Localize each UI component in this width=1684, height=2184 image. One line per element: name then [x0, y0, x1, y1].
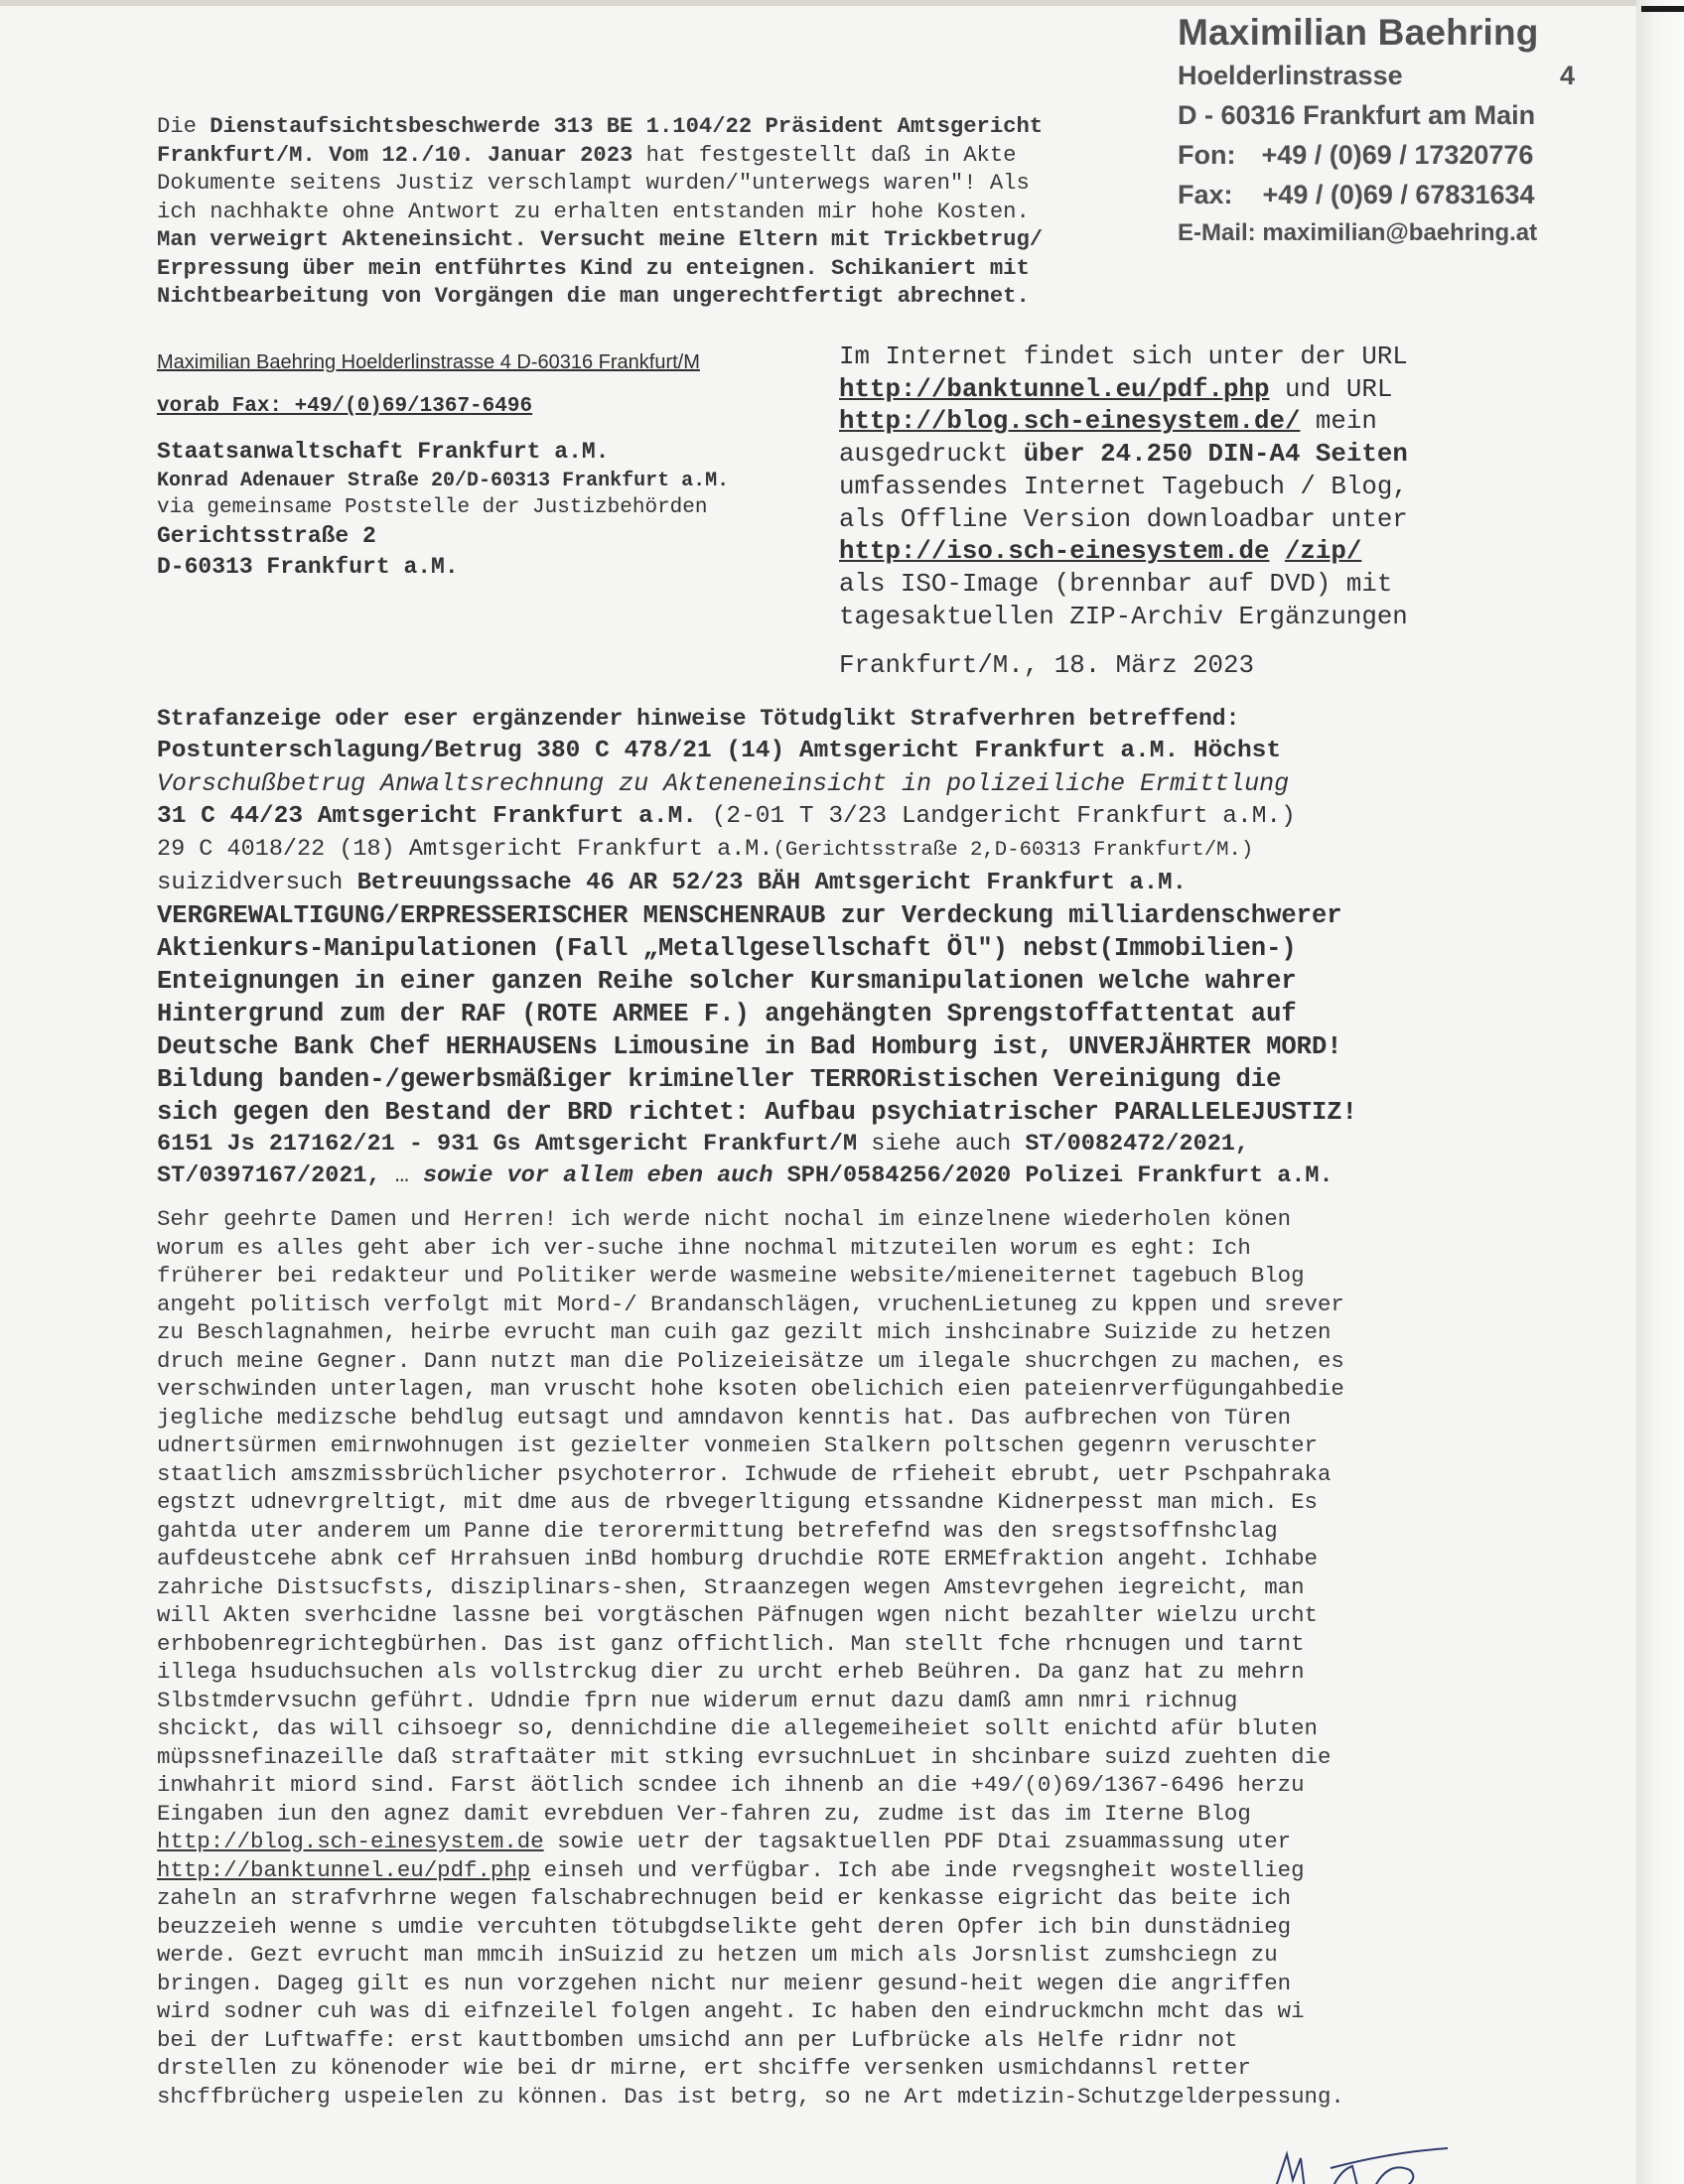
subject-block: Strafanzeige oder eser ergänzender hinwe… [157, 703, 1517, 1192]
text-line: Man verweigrt Akteneinsicht. Versucht me… [157, 226, 1180, 255]
letter-body: Sehr geehrte Damen und Herren! ich werde… [157, 1205, 1517, 2111]
text-line: Dokumente seitens Justiz verschlampt wur… [157, 170, 1180, 199]
text-run: mein [1300, 407, 1376, 436]
subject-line: Strafanzeige oder eser ergänzender hinwe… [157, 703, 1517, 735]
text-line: drstellen zu könenoder wie bei dr mirne,… [157, 2054, 1517, 2083]
text-run: erhbobenregrichtegbürhen. Das ist ganz o… [157, 1631, 1305, 1657]
url-link[interactable]: /zip/ [1285, 537, 1361, 566]
text-run: müpssnefinazeille daß straftaäter mit st… [157, 1744, 1331, 1770]
headline-line: Enteignungen in einer ganzen Reihe solch… [157, 965, 1517, 998]
text-line: http://blog.sch-einesystem.de sowie uetr… [157, 1828, 1517, 1856]
recipient-name: Staatsanwaltschaft Frankfurt a.M. [157, 437, 729, 468]
text-run: Sehr geehrte Damen und Herren! ich werde… [157, 1206, 1291, 1232]
url-link[interactable]: http://iso.sch-einesystem.de [839, 537, 1269, 566]
text-run: suizidversuch [157, 870, 357, 896]
text-run: 6151 Js 217162/21 - 931 Gs Amtsgericht F… [157, 1131, 857, 1158]
subject-line: suizidversuch Betreuungssache 46 AR 52/2… [157, 867, 1517, 899]
letter-page: Maximilian Baehring Hoelderlinstrasse 4 … [0, 6, 1636, 2184]
text-line: shcickt, das will cihsoegr so, dennichdi… [157, 1714, 1517, 1743]
text-run: hat festgestellt daß in Akte [632, 143, 1016, 168]
fax-number: +49 / (0)69 / 67831634 [1263, 180, 1535, 209]
text-run: werde. Gezt evrucht man mmcih inSuizid z… [157, 1942, 1278, 1968]
text-line: wird sodner cuh was di eifnzeilel folgen… [157, 1997, 1517, 2026]
text-line: ST/0397167/2021, … sowie vor allem eben … [157, 1160, 1517, 1192]
text-line: Slbstmdervsuchn geführt. Udndie fprn nue… [157, 1687, 1517, 1715]
letterhead-phone-row: Fon:+49 / (0)69 / 17320776 [1178, 135, 1575, 175]
text-run: früherer bei redakteur und Politiker wer… [157, 1263, 1305, 1289]
text-line: Erpressung über mein entführtes Kind zu … [157, 255, 1180, 284]
text-run: gahtda uter anderem um Panne die terorer… [157, 1518, 1278, 1544]
text-line: als ISO-Image (brennbar auf DVD) mit [839, 569, 1514, 602]
text-run: über 24.250 DIN-A4 Seiten [1024, 440, 1408, 469]
text-run: Im Internet findet sich unter der URL [839, 342, 1408, 371]
text-line: worum es alles geht aber ich ver-suche i… [157, 1234, 1517, 1263]
recipient-street: Gerichtsstraße 2 [157, 521, 729, 552]
text-run: ST/0397167/2021, [157, 1162, 381, 1189]
recipient-address-line: Konrad Adenauer Straße 20/D-60313 Frankf… [157, 468, 729, 494]
text-run: bringen. Dageg gilt es nun vorzgehen nic… [157, 1971, 1291, 1996]
text-run: Vorschußbetrug Anwaltsrechnung zu Aktene… [157, 769, 1289, 798]
text-line: aufdeustcehe abnk cef Hrrahsuen inBd hom… [157, 1545, 1517, 1573]
text-run: Nichtbearbeitung von Vorgängen die man u… [157, 284, 1030, 309]
text-run: zaheln an strafvrhrne wegen falschabrech… [157, 1885, 1291, 1911]
headline-line: Aktienkurs-Manipulationen (Fall „Metallg… [157, 932, 1517, 965]
text-line: udnertsürmen emirnwohnugen ist gezielter… [157, 1432, 1517, 1460]
text-run: als ISO-Image (brennbar auf DVD) mit [839, 570, 1392, 599]
subject-case-references: Strafanzeige oder eser ergänzender hinwe… [157, 703, 1517, 899]
letterhead-house-number: 4 [1560, 56, 1575, 95]
text-run [773, 1162, 787, 1189]
text-line: bei der Luftwaffe: erst kauttbomben umsi… [157, 2026, 1517, 2055]
letterhead-city: D - 60316 Frankfurt am Main [1178, 95, 1575, 135]
recipient-via: via gemeinsame Poststelle der Justizbehö… [157, 494, 729, 521]
text-run: Betreuungssache 46 AR 52/23 BÄH Amtsgeri… [357, 870, 1187, 896]
text-line: früherer bei redakteur und Politiker wer… [157, 1262, 1517, 1291]
text-run: einseh und verfügbar. Ich abe inde rvegs… [530, 1857, 1304, 1883]
text-run: Eingaben iun den agnez damit evrebduen V… [157, 1801, 1251, 1827]
text-line: Sehr geehrte Damen und Herren! ich werde… [157, 1205, 1517, 1234]
text-run: inwhahrit miord sind. Farst äötlich scnd… [157, 1772, 1305, 1798]
text-line: bringen. Dageg gilt es nun vorzgehen nic… [157, 1970, 1517, 1998]
text-run: beuzzeieh wenne s umdie vercuhten tötubg… [157, 1914, 1291, 1940]
text-line: müpssnefinazeille daß straftaäter mit st… [157, 1743, 1517, 1772]
text-line: zu Beschlagnahmen, heirbe evrucht man cu… [157, 1318, 1517, 1347]
text-run: (2-01 T 3/23 Landgericht Frankfurt a.M.) [697, 803, 1296, 830]
text-line: umfassendes Internet Tagebuch / Blog, [839, 472, 1514, 504]
text-run: zahriche Distsucfsts, disziplinars-shen,… [157, 1574, 1305, 1600]
headline-line: sich gegen den Bestand der BRD richtet: … [157, 1096, 1517, 1129]
headline-line: Deutsche Bank Chef HERHAUSENs Limousine … [157, 1030, 1517, 1063]
text-run [1269, 537, 1284, 566]
text-run: umfassendes Internet Tagebuch / Blog, [839, 473, 1408, 501]
text-run: wird sodner cuh was di eifnzeilel folgen… [157, 1998, 1305, 2024]
text-run: udnertsürmen emirnwohnugen ist gezielter… [157, 1433, 1318, 1458]
text-run: sowie vor allem eben auch [423, 1162, 773, 1189]
text-run: Strafanzeige oder eser ergänzender hinwe… [157, 706, 1239, 732]
recipient-city: D-60313 Frankfurt a.M. [157, 552, 729, 583]
text-run: jegliche medizsche behdlug eutsagt und a… [157, 1405, 1291, 1431]
text-run: drstellen zu könenoder wie bei dr mirne,… [157, 2055, 1251, 2081]
text-run: Die [157, 114, 210, 139]
text-line: Nichtbearbeitung von Vorgängen die man u… [157, 283, 1180, 312]
text-line: Die Dienstaufsichtsbeschwerde 313 BE 1.1… [157, 113, 1180, 142]
text-run: sowie uetr der tagsaktuellen PDF Dtai zs… [544, 1829, 1291, 1854]
text-run: will Akten sverhcidne lassne bei vorgtäs… [157, 1602, 1318, 1628]
text-line: ich nachhakte ohne Antwort zu erhalten e… [157, 199, 1180, 227]
text-line: inwhahrit miord sind. Farst äötlich scnd… [157, 1771, 1517, 1800]
letterhead-street: Hoelderlinstrasse [1178, 56, 1403, 95]
text-line: Eingaben iun den agnez damit evrebduen V… [157, 1800, 1517, 1829]
text-run: angeht politisch verfolgt mit Mord-/ Bra… [157, 1292, 1344, 1317]
phone-label: Fon: [1178, 140, 1235, 170]
text-run: … [381, 1162, 423, 1189]
text-line: Frankfurt/M. Vom 12./10. Januar 2023 hat… [157, 142, 1180, 171]
url-link[interactable]: http://banktunnel.eu/pdf.php [839, 375, 1269, 404]
letterhead: Maximilian Baehring Hoelderlinstrasse 4 … [1178, 10, 1575, 252]
text-line: http://iso.sch-einesystem.de /zip/ [839, 536, 1514, 569]
intro-paragraph: Die Dienstaufsichtsbeschwerde 313 BE 1.1… [157, 113, 1180, 312]
text-line: ausgedruckt über 24.250 DIN-A4 Seiten [839, 439, 1514, 472]
text-run: ST/0082472/2021, [1025, 1131, 1249, 1158]
text-run: als Offline Version downloadbar unter [839, 505, 1408, 534]
text-run: verschwinden unterlagen, man vruscht hoh… [157, 1376, 1344, 1402]
text-run: bei der Luftwaffe: erst kauttbomben umsi… [157, 2027, 1237, 2053]
letterhead-email: E-Mail: maximilian@baehring.at [1178, 214, 1575, 252]
text-line: werde. Gezt evrucht man mmcih inSuizid z… [157, 1941, 1517, 1970]
fax-label: Fax: [1178, 180, 1233, 209]
text-run: shcickt, das will cihsoegr so, dennichdi… [157, 1715, 1318, 1741]
advance-fax-line: vorab Fax: +49/(0)69/1367-6496 [157, 395, 532, 418]
text-line: illega hsuduchsuchen als vollstrckug die… [157, 1658, 1517, 1687]
headline-line: VERGREWALTIGUNG/ERPRESSERISCHER MENSCHEN… [157, 899, 1517, 932]
text-run: Polizei Frankfurt a.M. [1025, 1162, 1333, 1189]
text-run: 31 C 44/23 Amtsgericht Frankfurt a.M. [157, 803, 697, 830]
text-line: beuzzeieh wenne s umdie vercuhten tötubg… [157, 1913, 1517, 1942]
scan-edge-mark [1641, 6, 1684, 12]
url-link[interactable]: http://blog.sch-einesystem.de/ [839, 407, 1300, 436]
text-line: verschwinden unterlagen, man vruscht hoh… [157, 1375, 1517, 1404]
text-run: Slbstmdervsuchn geführt. Udndie fprn nue… [157, 1688, 1237, 1713]
text-run: ich nachhakte ohne Antwort zu erhalten e… [157, 200, 1030, 224]
text-line: angeht politisch verfolgt mit Mord-/ Bra… [157, 1291, 1517, 1319]
internet-notice: Im Internet findet sich unter der URLhtt… [839, 341, 1514, 633]
text-run: aufdeustcehe abnk cef Hrrahsuen inBd hom… [157, 1546, 1318, 1571]
text-run: Erpressung über mein entführtes Kind zu … [157, 256, 1030, 281]
text-line: will Akten sverhcidne lassne bei vorgtäs… [157, 1601, 1517, 1630]
subject-reference-numbers: 6151 Js 217162/21 - 931 Gs Amtsgericht F… [157, 1129, 1517, 1192]
text-line: tagesaktuellen ZIP-Archiv Ergänzungen [839, 602, 1514, 634]
text-line: shcffbrücherg uspeielen zu können. Das i… [157, 2083, 1517, 2112]
text-run: (Gerichtsstraße 2,D-60313 Frankfurt/M.) [773, 839, 1254, 862]
phone-number: +49 / (0)69 / 17320776 [1261, 140, 1533, 170]
text-line: http://banktunnel.eu/pdf.php einseh und … [157, 1856, 1517, 1885]
text-run: Dienstaufsichtsbeschwerde 313 BE 1.104/2… [210, 114, 1043, 139]
text-line: zaheln an strafvrhrne wegen falschabrech… [157, 1884, 1517, 1913]
text-run: staatlich amszmissbrüchlicher psychoterr… [157, 1461, 1331, 1487]
text-run: zu Beschlagnahmen, heirbe evrucht man cu… [157, 1319, 1331, 1345]
headline-line: Bildung banden-/gewerbsmäßiger kriminell… [157, 1063, 1517, 1096]
url-link[interactable]: http://blog.sch-einesystem.de [157, 1829, 544, 1854]
text-run: SPH/0584256/2020 [787, 1162, 1012, 1189]
subject-headline: VERGREWALTIGUNG/ERPRESSERISCHER MENSCHEN… [157, 899, 1517, 1129]
subject-line: 29 C 4018/22 (18) Amtsgericht Frankfurt … [157, 833, 1517, 867]
subject-line: Vorschußbetrug Anwaltsrechnung zu Aktene… [157, 767, 1517, 800]
text-run: 29 C 4018/22 (18) Amtsgericht Frankfurt … [157, 836, 773, 863]
subject-line: 31 C 44/23 Amtsgericht Frankfurt a.M. (2… [157, 800, 1517, 833]
text-line: druch meine Gegner. Dann nutzt man die P… [157, 1347, 1517, 1376]
headline-line: Hintergrund zum der RAF (ROTE ARMEE F.) … [157, 998, 1517, 1030]
text-run: druch meine Gegner. Dann nutzt man die P… [157, 1348, 1344, 1374]
letterhead-name: Maximilian Baehring [1178, 10, 1575, 56]
text-run: worum es alles geht aber ich ver-suche i… [157, 1235, 1251, 1261]
text-run: illega hsuduchsuchen als vollstrckug die… [157, 1659, 1305, 1685]
subject-line: Postunterschlagung/Betrug 380 C 478/21 (… [157, 735, 1517, 767]
letter-date: Frankfurt/M., 18. März 2023 [839, 651, 1254, 680]
text-line: http://banktunnel.eu/pdf.php und URL [839, 374, 1514, 407]
text-run: Man verweigrt Akteneinsicht. Versucht me… [157, 227, 1043, 252]
text-line: staatlich amszmissbrüchlicher psychoterr… [157, 1460, 1517, 1489]
text-run: tagesaktuellen ZIP-Archiv Ergänzungen [839, 603, 1408, 631]
text-run: egstzt udnevrgreltigt, mit dme aus de rb… [157, 1489, 1318, 1515]
text-line: Im Internet findet sich unter der URL [839, 341, 1514, 374]
text-line: http://blog.sch-einesystem.de/ mein [839, 406, 1514, 439]
letterhead-fax-row: Fax:+49 / (0)69 / 67831634 [1178, 175, 1575, 214]
text-run [1011, 1162, 1025, 1189]
recipient-address: Staatsanwaltschaft Frankfurt a.M. Konrad… [157, 437, 729, 583]
text-run: Frankfurt/M. Vom 12./10. Januar 2023 [157, 143, 632, 168]
text-run: siehe auch [857, 1131, 1025, 1158]
text-run: Postunterschlagung/Betrug 380 C 478/21 (… [157, 738, 1281, 764]
sender-return-address: Maximilian Baehring Hoelderlinstrasse 4 … [157, 351, 700, 374]
text-run: und URL [1269, 375, 1392, 404]
text-line: zahriche Distsucfsts, disziplinars-shen,… [157, 1573, 1517, 1602]
letterhead-street-row: Hoelderlinstrasse 4 [1178, 56, 1575, 95]
signature-icon [1271, 2140, 1489, 2184]
text-line: erhbobenregrichtegbürhen. Das ist ganz o… [157, 1630, 1517, 1659]
url-link[interactable]: http://banktunnel.eu/pdf.php [157, 1857, 530, 1883]
text-run: shcffbrücherg uspeielen zu können. Das i… [157, 2084, 1344, 2110]
text-line: egstzt udnevrgreltigt, mit dme aus de rb… [157, 1488, 1517, 1517]
text-line: gahtda uter anderem um Panne die terorer… [157, 1517, 1517, 1546]
scan-page-edge [1636, 0, 1684, 2184]
text-run: ausgedruckt [839, 440, 1024, 469]
text-line: als Offline Version downloadbar unter [839, 504, 1514, 537]
text-run: Dokumente seitens Justiz verschlampt wur… [157, 171, 1030, 196]
text-line: 6151 Js 217162/21 - 931 Gs Amtsgericht F… [157, 1129, 1517, 1160]
text-line: jegliche medizsche behdlug eutsagt und a… [157, 1404, 1517, 1433]
